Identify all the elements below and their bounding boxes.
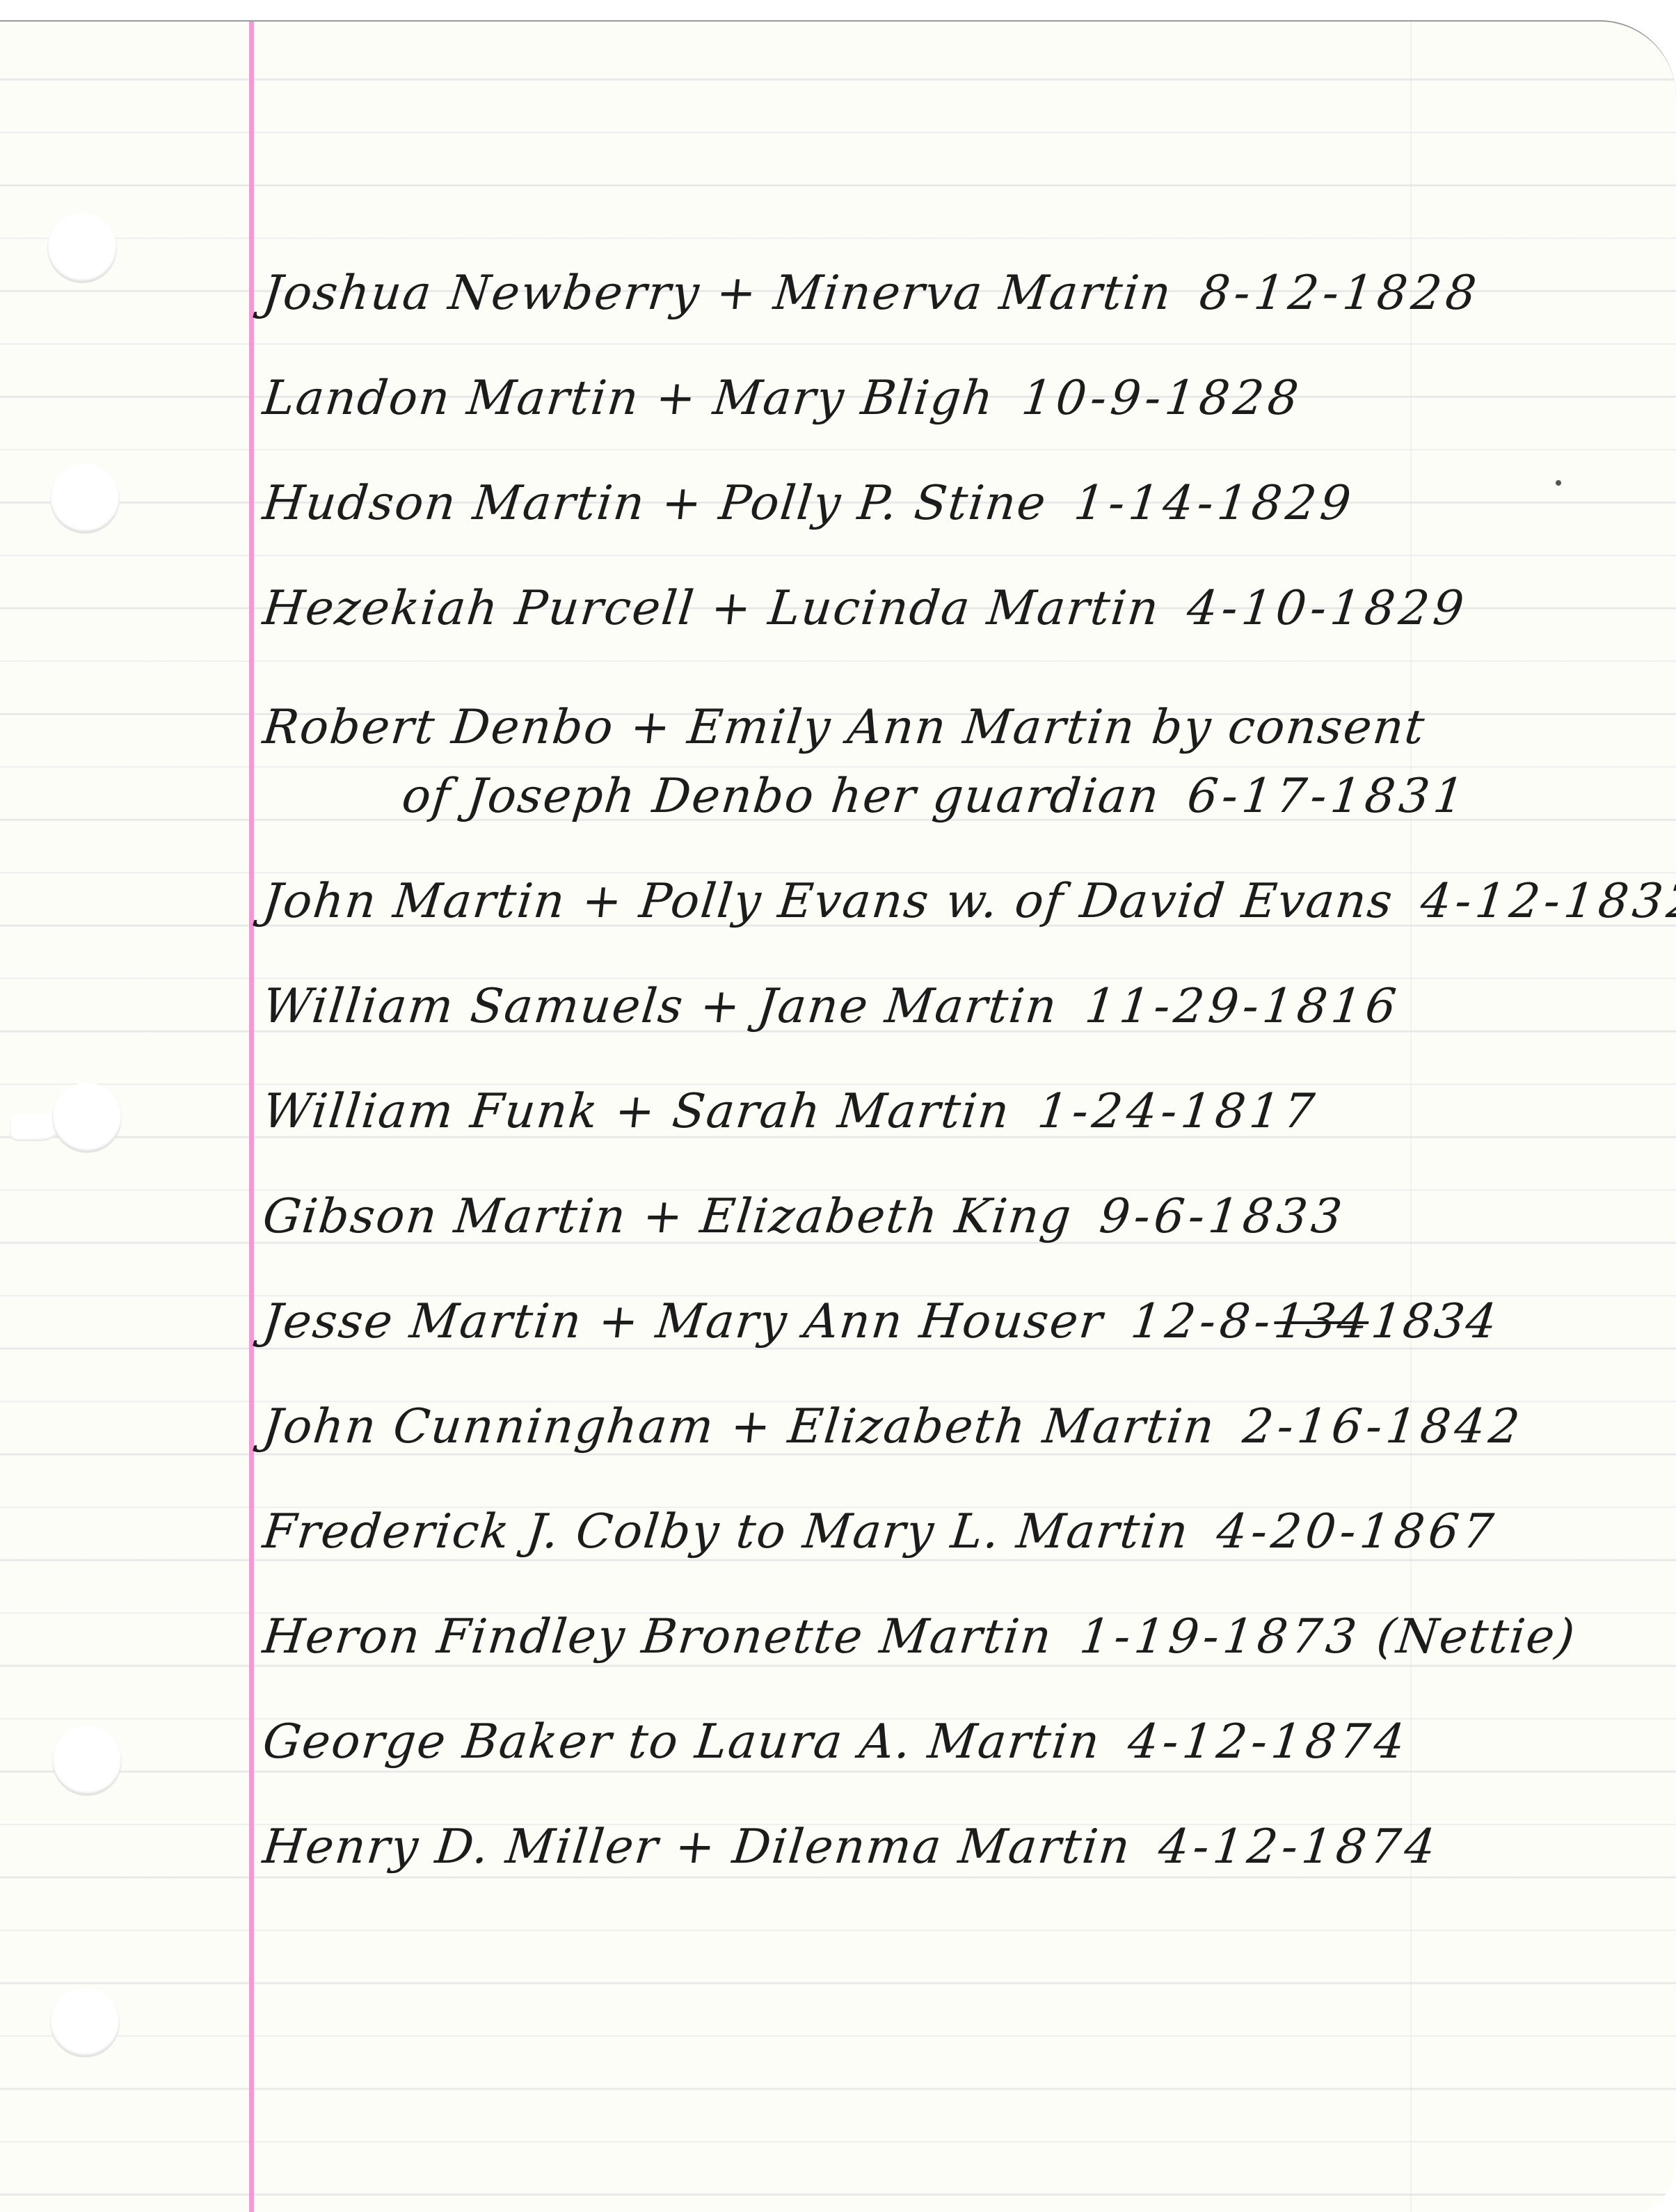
marriage-date: 4-20-1867 [1214, 1504, 1500, 1559]
entry-row: William Samuels + Jane Martin11-29-1816 [259, 943, 1650, 1048]
punch-hole-icon [52, 1083, 122, 1152]
entry-text: John Cunningham + Elizabeth Martin2-16-1… [259, 1399, 1526, 1468]
entry-text: William Funk + Sarah Martin1-24-1817 [259, 1083, 1321, 1153]
pink-margin-line [249, 22, 254, 2212]
couple-names: Gibson Martin + Elizabeth King [260, 1189, 1075, 1244]
entry-text: Robert Denbo + Emily Ann Martin by conse… [259, 699, 1428, 769]
entry-text: Gibson Martin + Elizabeth King9-6-1833 [259, 1188, 1348, 1258]
marriage-date: 1-19-1873 [1077, 1609, 1363, 1664]
entry-text: Landon Martin + Mary Bligh10-9-1828 [259, 370, 1305, 440]
couple-names: Joshua Newberry + Minerva Martin [260, 266, 1175, 321]
marriage-date: 4-12-1832 [1418, 874, 1676, 929]
marriage-date-prefix: 12-8- [1128, 1294, 1277, 1349]
nickname-note: (Nettie) [1374, 1609, 1579, 1664]
entry-text: John Martin + Polly Evans w. of David Ev… [259, 873, 1676, 943]
marriage-date: 1834 [1368, 1294, 1500, 1349]
entry-text: Frederick J. Colby to Mary L. Martin4-20… [259, 1504, 1500, 1573]
punch-hole-icon [50, 463, 120, 533]
marriage-date: 4-12-1874 [1156, 1820, 1442, 1875]
marriage-entries-list: Joshua Newberry + Minerva Martin8-12-182… [259, 230, 1650, 1888]
entry-row: George Baker to Laura A. Martin4-12-1874 [259, 1678, 1650, 1783]
marriage-date: 6-17-1831 [1185, 769, 1471, 824]
entry-row: Jesse Martin + Mary Ann Houser12-8-13418… [259, 1258, 1650, 1363]
punch-hole-icon [50, 1987, 120, 2057]
entry-row: Frederick J. Colby to Mary L. Martin4-20… [259, 1468, 1650, 1573]
struck-out-year: 134 [1271, 1294, 1371, 1349]
couple-names: Hezekiah Purcell + Lucinda Martin [260, 581, 1163, 636]
marriage-date: 1-14-1829 [1071, 476, 1357, 531]
entry-text: William Samuels + Jane Martin11-29-1816 [259, 978, 1403, 1048]
couple-names: George Baker to Laura A. Martin [260, 1714, 1103, 1769]
entry-text: Hudson Martin + Polly P. Stine1-14-1829 [259, 475, 1357, 545]
marriage-date: 4-12-1874 [1125, 1714, 1411, 1769]
punch-hole-icon [52, 1726, 122, 1795]
torn-hole-icon [10, 1113, 58, 1141]
entry-text: Heron Findley Bronette Martin1-19-1873(N… [259, 1609, 1579, 1678]
entry-text: Joshua Newberry + Minerva Martin8-12-182… [259, 265, 1483, 335]
entry-continuation: of Joseph Denbo her guardian6-17-1831 [259, 768, 1471, 838]
entry-row: Gibson Martin + Elizabeth King9-6-1833 [259, 1153, 1650, 1258]
marriage-date: 4-10-1829 [1184, 581, 1470, 636]
entry-row: Robert Denbo + Emily Ann Martin by conse… [259, 650, 1650, 838]
marriage-date: 10-9-1828 [1019, 371, 1305, 426]
entry-row: John Cunningham + Elizabeth Martin2-16-1… [259, 1363, 1650, 1468]
entry-row: Heron Findley Bronette Martin1-19-1873(N… [259, 1573, 1650, 1678]
entry-text: Hezekiah Purcell + Lucinda Martin4-10-18… [259, 580, 1471, 650]
couple-names: Jesse Martin + Mary Ann Houser [260, 1294, 1106, 1349]
entry-row: Joshua Newberry + Minerva Martin8-12-182… [259, 230, 1650, 335]
entry-text: Jesse Martin + Mary Ann Houser12-8-13418… [259, 1294, 1501, 1363]
entry-row: Hezekiah Purcell + Lucinda Martin4-10-18… [259, 545, 1650, 650]
marriage-date: 9-6-1833 [1097, 1189, 1349, 1244]
couple-names: Hudson Martin + Polly P. Stine [260, 476, 1049, 531]
couple-names: Heron Findley Bronette Martin [260, 1609, 1055, 1664]
entry-row: Hudson Martin + Polly P. Stine1-14-1829 [259, 440, 1650, 545]
couple-names: John Cunningham + Elizabeth Martin [260, 1399, 1218, 1454]
couple-names: John Martin + Polly Evans w. of David Ev… [260, 874, 1396, 929]
couple-names: Robert Denbo + Emily Ann Martin by conse… [260, 700, 1428, 755]
entry-row: Landon Martin + Mary Bligh10-9-1828 [259, 335, 1650, 440]
entry-text: George Baker to Laura A. Martin4-12-1874 [259, 1714, 1412, 1783]
marriage-date: 8-12-1828 [1197, 266, 1483, 321]
entry-text: Henry D. Miller + Dilenma Martin4-12-187… [259, 1819, 1442, 1888]
entry-row: John Martin + Polly Evans w. of David Ev… [259, 838, 1650, 943]
couple-names: Landon Martin + Mary Bligh [260, 371, 997, 426]
marriage-date: 1-24-1817 [1035, 1084, 1321, 1139]
guardian-consent: of Joseph Denbo her guardian [399, 769, 1163, 824]
couple-names: William Samuels + Jane Martin [260, 979, 1060, 1034]
couple-names: Henry D. Miller + Dilenma Martin [260, 1820, 1134, 1875]
entry-row: Henry D. Miller + Dilenma Martin4-12-187… [259, 1783, 1650, 1888]
couple-names: Frederick J. Colby to Mary L. Martin [260, 1504, 1192, 1559]
punch-hole-icon [47, 213, 117, 283]
marriage-date: 2-16-1842 [1240, 1399, 1526, 1454]
couple-names: William Funk + Sarah Martin [260, 1084, 1013, 1139]
entry-row: William Funk + Sarah Martin1-24-1817 [259, 1048, 1650, 1153]
marriage-date: 11-29-1816 [1083, 979, 1403, 1034]
